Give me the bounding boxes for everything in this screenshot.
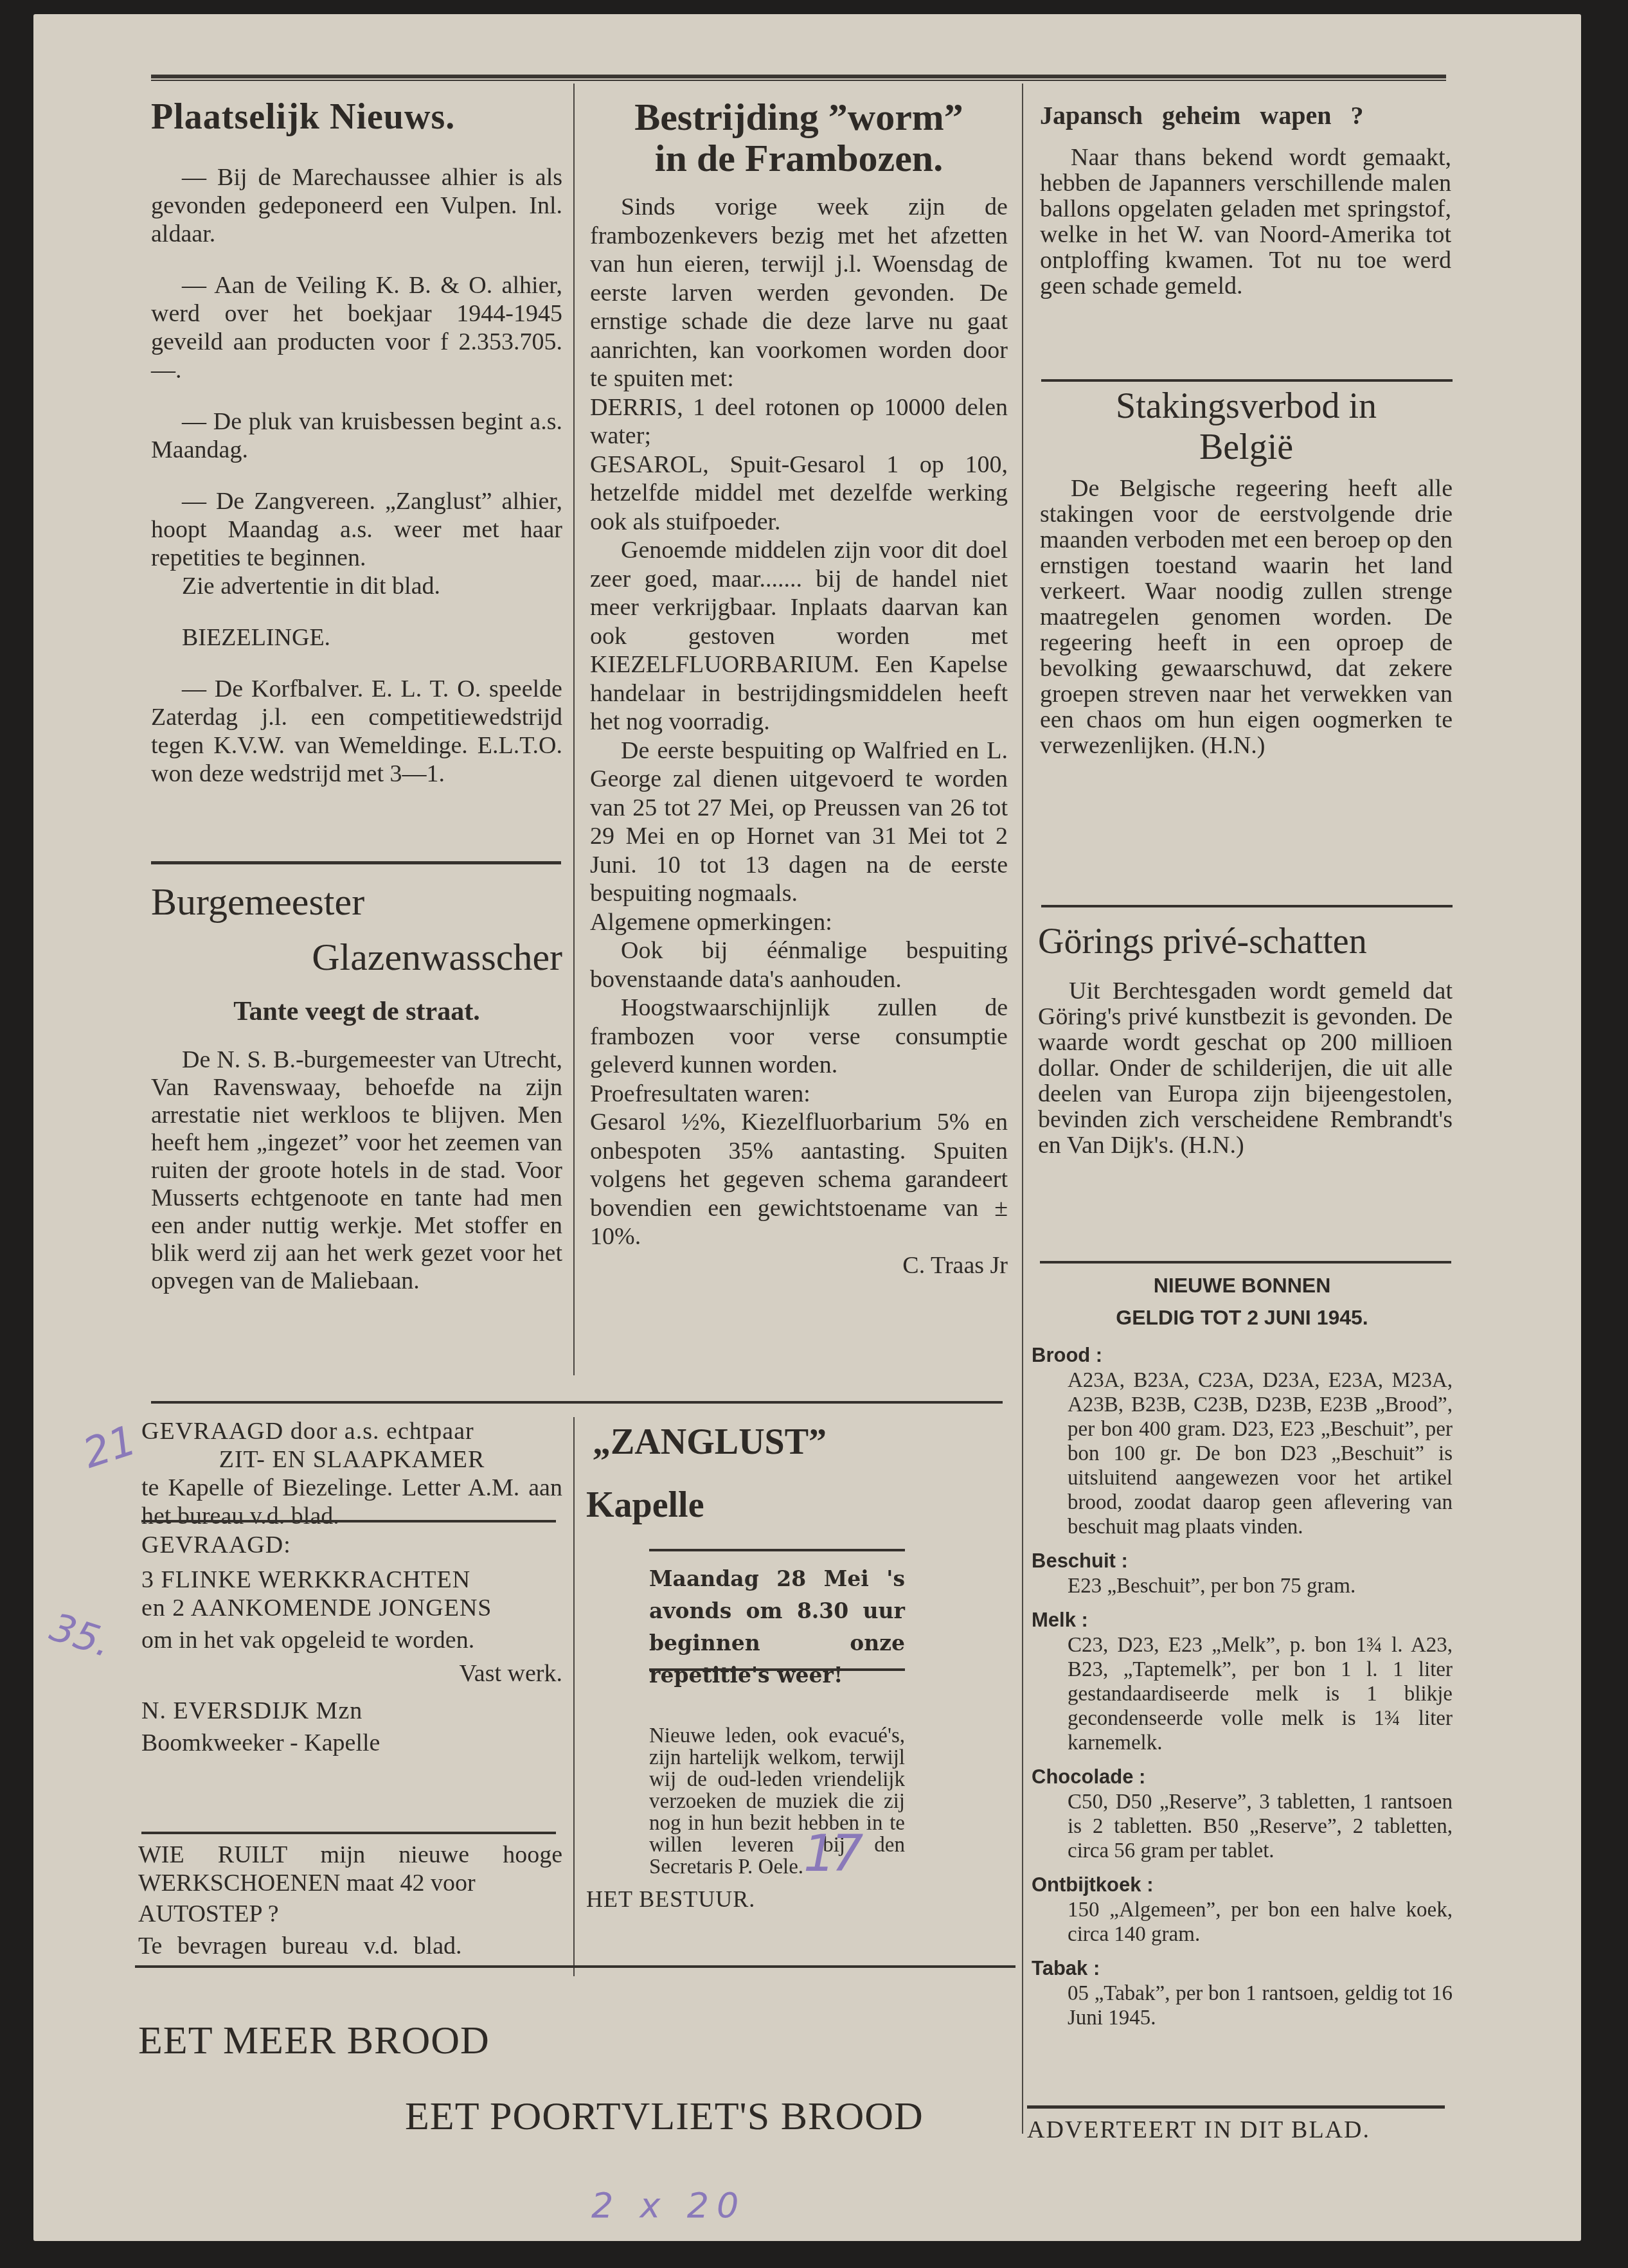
ration-heading: Melk : [1032,1607,1453,1633]
news-item: — De Korfbalver. E. L. T. O. speelde Zat… [151,675,562,788]
news-item: — Aan de Veiling K. B. & O. alhier, werd… [151,271,562,384]
ad-line: WIE RUILT mijn nieuwe hooge WERKSCHOENEN… [138,1841,562,1897]
ad-wie-ruilt: WIE RUILT mijn nieuwe hooge WERKSCHOENEN… [138,1841,562,1960]
section-rule [1041,379,1453,382]
headline: in de Frambozen. [590,138,1008,179]
ad-rule [141,1832,556,1834]
adverteert-banner: ADVERTEERT IN DIT BLAD. [1027,2116,1451,2144]
ad-rule [649,1668,905,1671]
article-body: De N. S. B.-burgemeester van Utrecht, Va… [151,1046,562,1295]
headline: Bestrijding ”worm” [590,96,1008,138]
headline: Görings privé-schatten [1038,913,1453,970]
article-burgemeester: Burgemeester Glazenwasscher Tante veegt … [151,879,562,1295]
ad-line: AUTOSTEP ? [138,1900,562,1928]
ad-rule [141,1520,556,1522]
ration-heading: Ontbijtkoek : [1032,1872,1453,1898]
paragraph: Genoemde middelen zijn voor dit doel zee… [590,536,1008,737]
paragraph: Hoogstwaarschijnlijk zullen de frambozen… [590,994,1008,1080]
article-nieuwe-bonnen: NIEUWE BONNEN GELDIG TOT 2 JUNI 1945. Br… [1032,1269,1453,2030]
ad-signature: HET BESTUUR. [586,1886,1010,1913]
footer-rule [135,1965,1015,1968]
section-rule [151,1401,1003,1404]
ration-heading: Chocolade : [1032,1764,1453,1790]
article-body: Naar thans bekend wordt gemaakt, hebben … [1040,145,1451,299]
ad-body: Nieuwe leden, ook evacué's, zijn harteli… [649,1725,905,1878]
ad-zit-slaapkamer: GEVRAAGD door a.s. echtpaar ZIT- EN SLAA… [141,1417,562,1530]
paragraph: De eerste bespuiting op Walfried en L. G… [590,737,1008,908]
ad-line: Boomkweeker - Kapelle [141,1729,562,1757]
top-double-rule [151,75,1446,81]
ad-rule [649,1549,905,1551]
news-item: — De pluk van kruisbessen begint a.s. Ma… [151,407,562,464]
ad-zanglust: „ZANGLUST” Kapelle Maandag 28 Mei 's avo… [586,1422,1010,1913]
paragraph: Gesarol ½%, Kiezelfluorbarium 5% en onbe… [590,1108,1008,1251]
ad-line: ZIT- EN SLAAPKAMER [141,1445,562,1474]
ad-line: Vast werk. [141,1659,562,1688]
paragraph: Proefresultaten waren: [590,1080,1008,1109]
ad-line: N. EVERSDIJK Mzn [141,1697,562,1725]
ad-title: „ZANGLUST” [593,1422,1010,1463]
news-note: Zie advertentie in dit blad. [151,572,562,600]
ad-line: Te bevragen bureau v.d. blad. [138,1932,562,1960]
article-body: Uit Berchtesgaden wordt gemeld dat Görin… [1038,978,1453,1158]
handwritten-mark: 17 [803,1825,859,1883]
paragraph: Algemene opmerkingen: [590,908,1008,937]
article-bestrijding-worm: Bestrijding ”worm” in de Frambozen. Sind… [590,96,1008,1280]
ration-text: 05 „Tabak”, per bon 1 rantsoen, geldig t… [1032,1981,1453,2030]
paragraph: Sinds vorige week zijn de frambozenkever… [590,193,1008,393]
headline: Japansch geheim wapen ? [1040,100,1451,132]
paragraph: GESAROL, Spuit-Gesarol 1 op 100, hetzelf… [590,451,1008,537]
headline: GELDIG TOT 2 JUNI 1945. [1032,1301,1453,1334]
ration-text: C50, D50 „Reserve”, 3 tabletten, 1 rants… [1032,1790,1453,1863]
headline: Burgemeester [151,879,562,924]
article-body: De Belgische regeering heeft alle stakin… [1040,476,1453,758]
headline: Stakingsverbod in [1040,386,1453,427]
ration-text: E23 „Beschuit”, per bon 75 gram. [1032,1574,1453,1598]
news-item: — De Zangvereen. „Zanglust” alhier, hoop… [151,487,562,572]
ad-announcement: Maandag 28 Mei 's avonds om 8.30 uur beg… [649,1563,905,1692]
column-divider-1 [573,84,575,1375]
subheadline: Tante veegt de straat. [151,996,562,1027]
ad-line: GEVRAAGD: [141,1531,562,1559]
column-divider-2 [1022,84,1023,2134]
headline: Glazenwasscher [151,934,562,979]
headline: België [1040,427,1453,468]
ration-text: 150 „Algemeen”, per bon een halve koek, … [1032,1898,1453,1947]
ad-line: om in het vak opgeleid te worden. [141,1626,562,1654]
section-rule [151,861,561,864]
headline: Plaatselijk Nieuws. [151,96,562,138]
ad-line: GEVRAAGD door a.s. echtpaar [141,1417,562,1445]
ration-text: A23A, B23A, C23A, D23A, E23A, M23A, A23B… [1032,1368,1453,1539]
paragraph: DERRIS, 1 deel rotonen op 10000 delen wa… [590,393,1008,451]
subheading-biezelinge: BIEZELINGE. [151,623,562,652]
article-stakingsverbod: Stakingsverbod in België De Belgische re… [1040,386,1453,758]
paragraph: Ook bij éénmalige bespuiting bovenstaand… [590,936,1008,994]
handwritten-mark: 2 x 20 [591,2185,746,2226]
section-rule [1041,905,1453,907]
author-signature: C. Traas Jr [590,1251,1008,1280]
article-japansch-wapen: Japansch geheim wapen ? Naar thans beken… [1040,100,1451,299]
article-gorings-schatten: Görings privé-schatten Uit Berchtesgaden… [1038,913,1453,1158]
ad-line: 3 FLINKE WERKKRACHTEN [141,1566,562,1594]
footer-ad-line1: EET MEER BROOD [138,2018,490,2064]
ration-heading: Beschuit : [1032,1548,1453,1574]
headline: NIEUWE BONNEN [1032,1269,1453,1301]
ration-heading: Brood : [1032,1343,1453,1368]
ad-place: Kapelle [586,1485,1010,1526]
ad-gevraagd-werk: GEVRAAGD: 3 FLINKE WERKKRACHTEN en 2 AAN… [141,1531,562,1757]
ration-text: C23, D23, E23 „Melk”, p. bon 1¾ l. A23, … [1032,1633,1453,1755]
column-divider-ads [573,1417,575,1976]
ration-heading: Tabak : [1032,1956,1453,1981]
news-item: — Bij de Marechaussee alhier is als gevo… [151,163,562,248]
footer-ad-line2: EET POORTVLIET'S BROOD [405,2094,924,2139]
article-plaatselijk-nieuws: Plaatselijk Nieuws. — Bij de Marechausse… [151,96,562,788]
section-rule [1027,2105,1445,2109]
section-rule [1040,1261,1451,1263]
ad-line: en 2 AANKOMENDE JONGENS [141,1594,562,1622]
